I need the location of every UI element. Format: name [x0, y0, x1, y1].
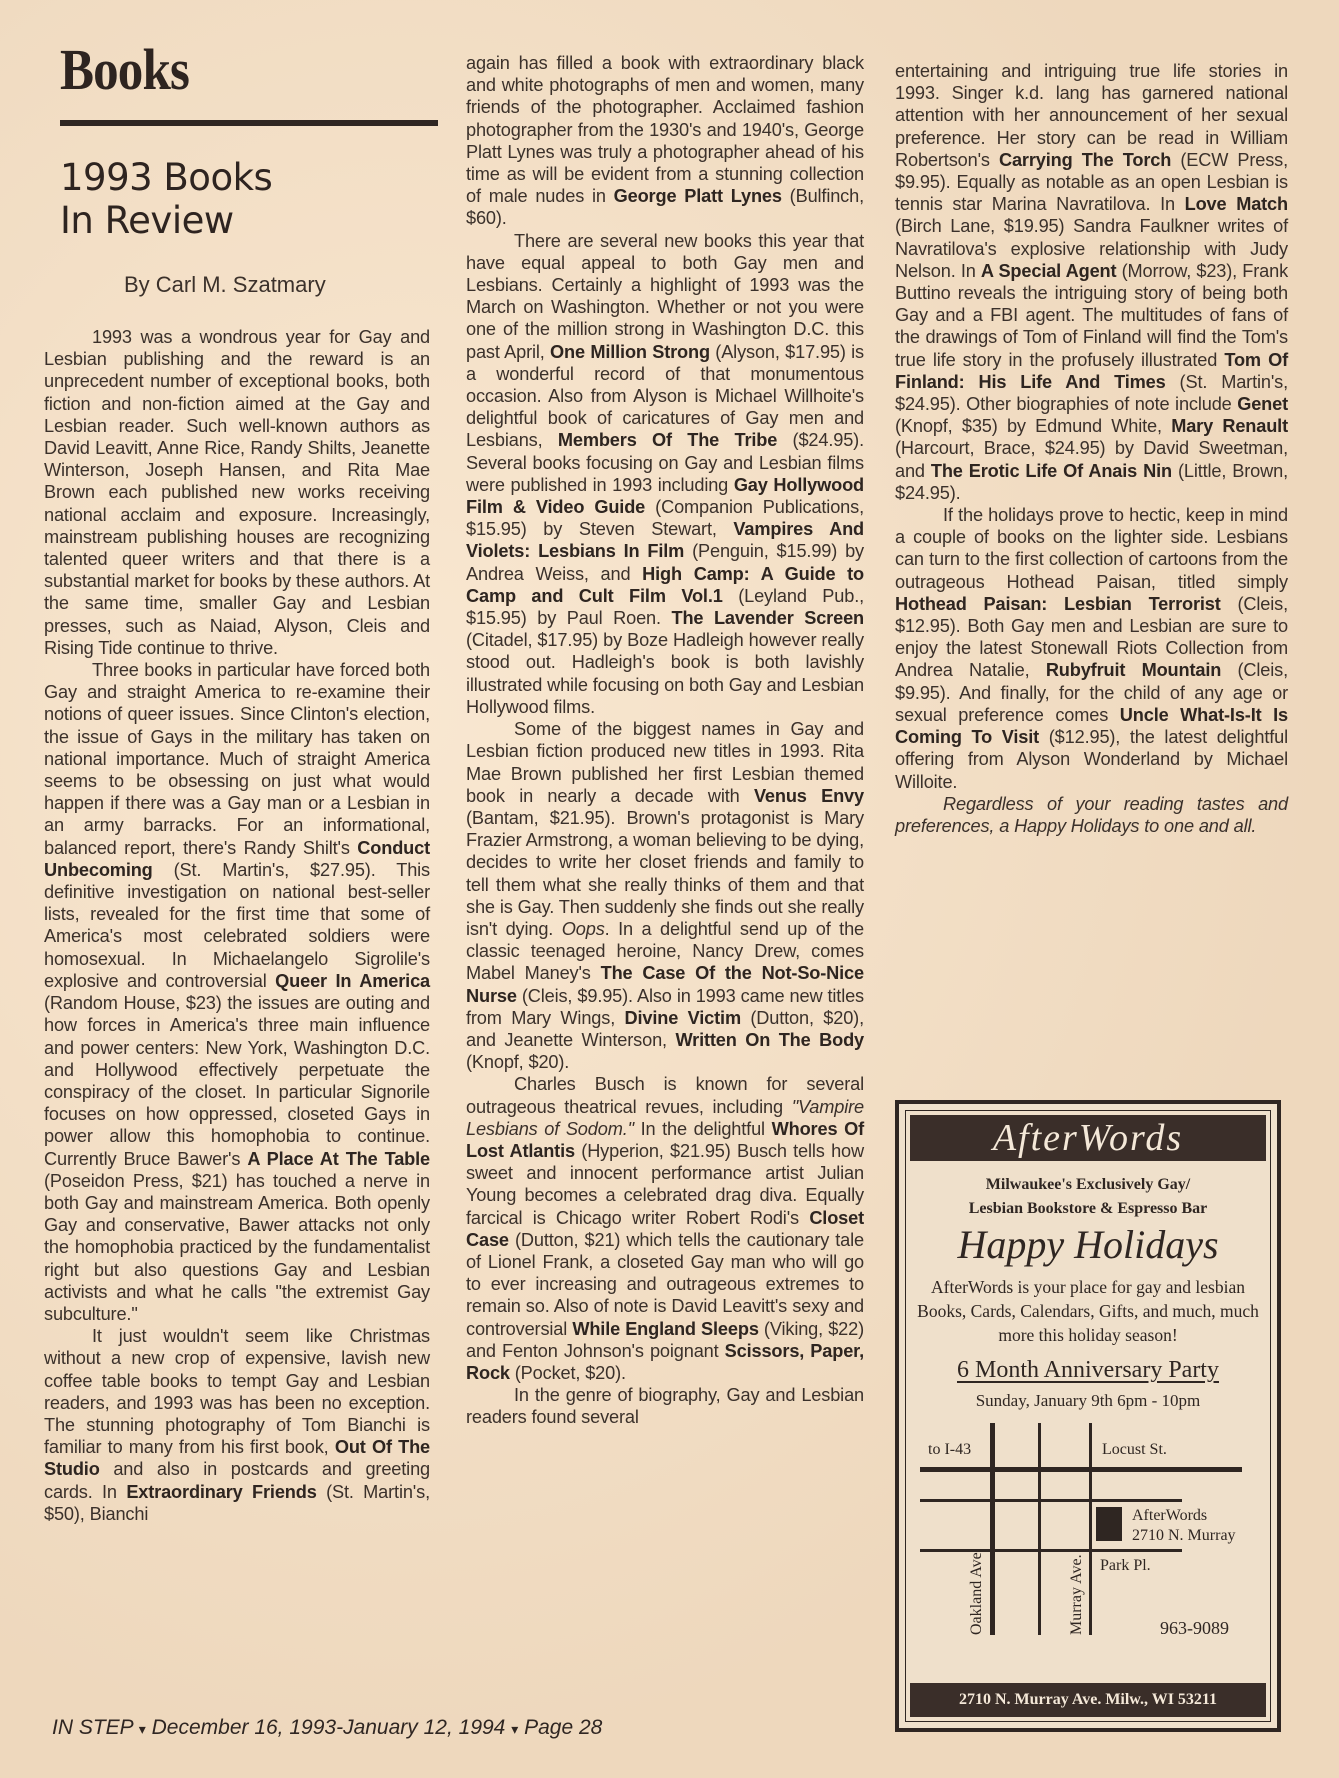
ad-address: 2710 N. Murray Ave. Milw., WI 53211	[910, 1683, 1266, 1717]
paragraph: There are several new books this year th…	[466, 230, 864, 718]
road-murray	[1089, 1423, 1092, 1635]
section-title: Books	[60, 40, 189, 100]
label-store-name: AfterWords	[1132, 1507, 1207, 1525]
paragraph: Charles Busch is known for several outra…	[466, 1073, 864, 1384]
book-title: George Platt Lynes	[614, 186, 782, 206]
paragraph: 1993 was a wondrous year for Gay and Les…	[44, 326, 430, 659]
book-title: Genet	[1237, 394, 1288, 414]
book-title: Mary Renault	[1171, 416, 1288, 436]
book-title: Queer In America	[275, 971, 430, 991]
paragraph: entertaining and intriguing true life st…	[895, 60, 1288, 504]
label-park-place: Park Pl.	[1100, 1557, 1151, 1575]
ad-inner-border: AfterWords Milwaukee's Exclusively Gay/ …	[905, 1110, 1271, 1722]
ad-greeting: Happy Holidays	[906, 1221, 1270, 1268]
publication-name: IN STEP	[52, 1716, 133, 1739]
ad-store-name: AfterWords	[910, 1115, 1266, 1161]
label-oakland-ave: Oakland Ave.	[968, 1548, 986, 1635]
book-title: Divine Victim	[625, 1008, 741, 1028]
road-park	[920, 1549, 1182, 1552]
book-title: Extraordinary Friends	[126, 1482, 316, 1502]
paragraph: Some of the biggest names in Gay and Les…	[466, 718, 864, 1073]
road-middle	[920, 1499, 1182, 1502]
book-title: One Million Strong	[550, 342, 710, 362]
article-column-2: again has filled a book with extraordina…	[466, 52, 864, 1429]
article-headline: 1993 Books In Review	[60, 156, 272, 242]
store-location-marker	[1096, 1507, 1122, 1541]
paragraph: In the genre of biography, Gay and Lesbi…	[466, 1384, 864, 1428]
book-title: A Special Agent	[981, 261, 1116, 281]
paragraph: Three books in particular have forced bo…	[44, 659, 430, 1325]
book-title: Love Match	[1185, 194, 1288, 214]
closing-paragraph: Regardless of your reading tastes and pr…	[895, 793, 1288, 837]
separator-icon: ▾	[511, 1721, 518, 1737]
book-title: The Lavender Screen	[672, 608, 865, 628]
book-title: While England Sleeps	[572, 1319, 758, 1339]
ad-event-title: 6 Month Anniversary Party	[906, 1357, 1270, 1384]
issue-dates: December 16, 1993-January 12, 1994	[152, 1716, 506, 1739]
label-to-i43: to I-43	[928, 1441, 971, 1459]
byline: By Carl M. Szatmary	[124, 272, 326, 298]
street-map: to I-43 Locust St. AfterWords 2710 N. Mu…	[920, 1423, 1260, 1669]
newspaper-page: Books 1993 Books In Review By Carl M. Sz…	[0, 0, 1339, 1778]
ad-description: AfterWords is your place for gay and les…	[910, 1275, 1266, 1347]
title-rule	[60, 120, 438, 126]
paragraph: If the holidays prove to hectic, keep in…	[895, 504, 1288, 793]
book-title: Written On The Body	[675, 1030, 864, 1050]
road-locust	[920, 1467, 1242, 1472]
book-title: Carrying The Torch	[999, 150, 1171, 170]
book-title: The Erotic Life Of Anais Nin	[931, 461, 1172, 481]
book-title: Rubyfruit Mountain	[1046, 660, 1221, 680]
book-title: Members Of The Tribe	[558, 430, 777, 450]
road-middle-vertical	[1038, 1423, 1041, 1635]
headline-line-1: 1993 Books	[60, 156, 272, 199]
article-column-1: 1993 was a wondrous year for Gay and Les…	[44, 326, 430, 1525]
afterwords-advertisement: AfterWords Milwaukee's Exclusively Gay/ …	[895, 1100, 1281, 1732]
ad-phone: 963-9089	[1160, 1619, 1229, 1637]
article-column-3: entertaining and intriguing true life st…	[895, 60, 1288, 837]
label-locust: Locust St.	[1102, 1441, 1167, 1459]
book-title: Hothead Paisan: Lesbian Terrorist	[895, 594, 1221, 614]
headline-line-2: In Review	[60, 199, 272, 242]
book-title: Venus Envy	[754, 786, 864, 806]
book-title: A Place At The Table	[247, 1149, 430, 1169]
label-murray-ave: Murray Ave.	[1068, 1554, 1086, 1635]
road-oakland	[990, 1423, 995, 1635]
ad-tagline: Milwaukee's Exclusively Gay/ Lesbian Boo…	[906, 1173, 1270, 1221]
paragraph: It just wouldn't seem like Christmas wit…	[44, 1325, 430, 1525]
paragraph: again has filled a book with extraordina…	[466, 52, 864, 230]
separator-icon: ▾	[139, 1721, 146, 1737]
label-store-address: 2710 N. Murray	[1132, 1527, 1236, 1545]
page-number: Page 28	[524, 1716, 602, 1739]
ad-event-date: Sunday, January 9th 6pm - 10pm	[906, 1391, 1270, 1411]
page-footer: IN STEP ▾ December 16, 1993-January 12, …	[52, 1716, 602, 1740]
